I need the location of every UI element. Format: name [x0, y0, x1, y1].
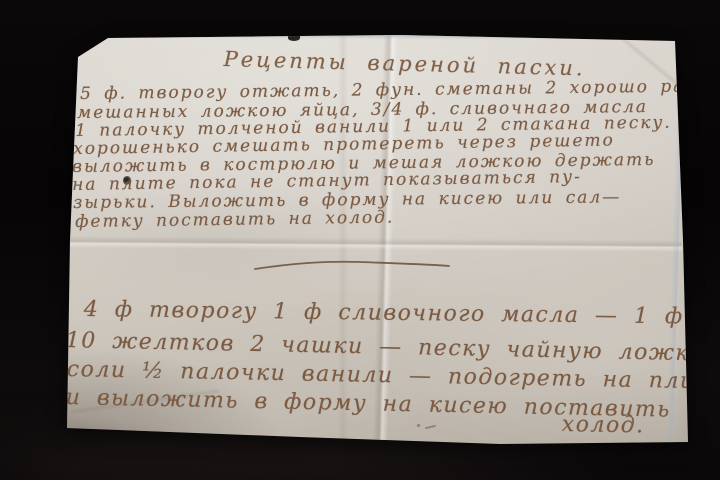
recipe-title: Рецепты вареной пасхи.: [223, 47, 586, 80]
stray-ink-dot: [417, 424, 420, 427]
paper-wrapper: Рецепты вареной пасхи. 5 ф. творогу отжа…: [0, 0, 720, 480]
recipe-paper: Рецепты вареной пасхи. 5 ф. творогу отжа…: [0, 0, 720, 480]
recipe2-line: холод.: [562, 412, 645, 438]
recipe2-line: 4 ф творогу 1 ф сливочного масла — 1 ф. …: [84, 297, 720, 331]
fold-crease-horizontal: [70, 236, 682, 252]
stray-ink-dash: [425, 425, 436, 430]
photo-background: Рецепты вареной пасхи. 5 ф. творогу отжа…: [0, 0, 720, 480]
edge-smudge: [288, 35, 300, 41]
